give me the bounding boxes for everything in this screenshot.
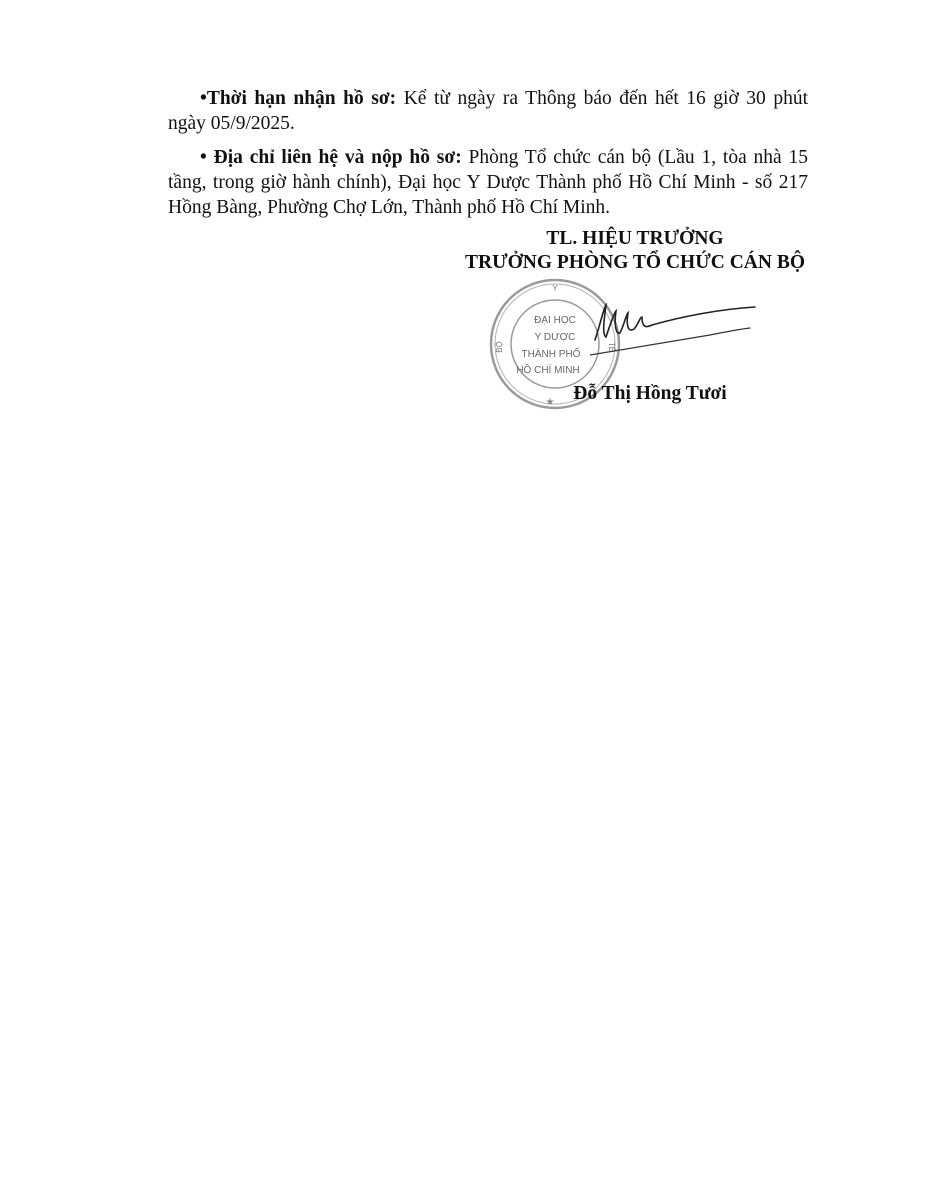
bullet: • [200, 88, 207, 109]
contact-address-paragraph: • Địa chỉ liên hệ và nộp hồ sơ: Phòng Tổ… [168, 145, 808, 220]
signature-title-line2: TRƯỞNG PHÒNG TỔ CHỨC CÁN BỘ [450, 250, 820, 275]
bullet: • [200, 147, 207, 168]
svg-text:Y: Y [552, 284, 558, 293]
svg-text:HỒ CHÍ MINH: HỒ CHÍ MINH [516, 363, 579, 376]
svg-text:Y DƯỢC: Y DƯỢC [535, 332, 576, 343]
signer-name: Đỗ Thị Hồng Tươi [530, 381, 770, 406]
signature-title-line1: TL. HIỆU TRƯỞNG [450, 226, 820, 251]
svg-text:THÀNH PHỐ: THÀNH PHỐ [522, 346, 581, 360]
address-label: Địa chỉ liên hệ và nộp hồ sơ: [214, 147, 462, 168]
svg-text:ĐẠI HỌC: ĐẠI HỌC [534, 315, 576, 326]
handwritten-signature-icon [590, 295, 770, 370]
submission-deadline-paragraph: •Thời hạn nhận hồ sơ: Kể từ ngày ra Thôn… [168, 86, 808, 136]
deadline-label: Thời hạn nhận hồ sơ: [207, 88, 396, 109]
svg-text:BỘ: BỘ [495, 341, 504, 353]
